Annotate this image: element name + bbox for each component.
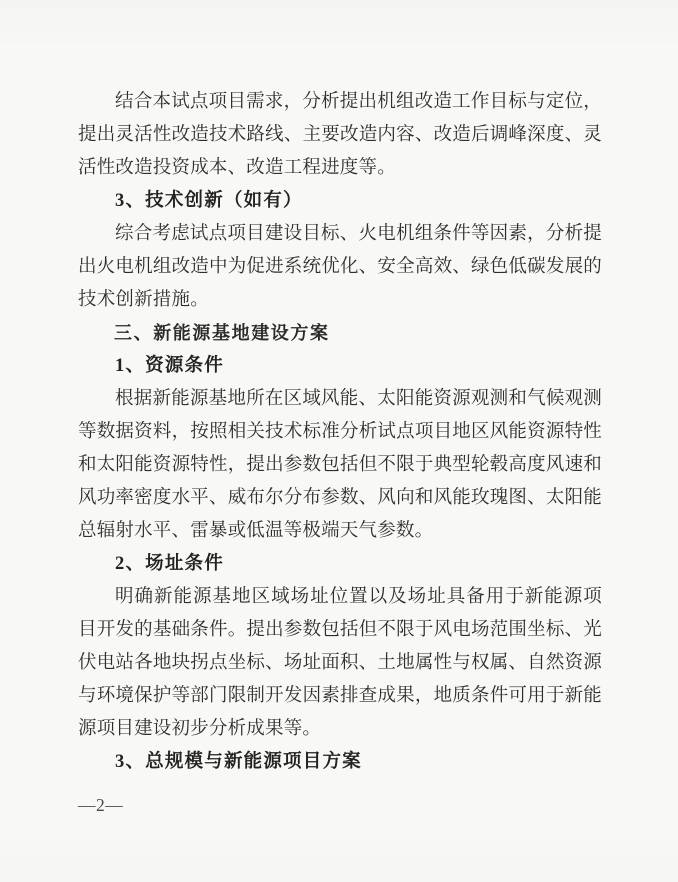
paragraph-line: 伏电站各地块拐点坐标、场址面积、土地属性与权属、自然资源 xyxy=(78,647,602,680)
paragraph-line: 目开发的基础条件。提出参数包括但不限于风电场范围坐标、光 xyxy=(78,614,602,647)
paragraph-line: 风功率密度水平、威布尔分布参数、风向和风能玫瑰图、太阳能 xyxy=(78,482,602,515)
paragraph-line: 根据新能源基地所在区域风能、太阳能资源观测和气候观测 xyxy=(78,383,602,416)
heading-new-energy-base-plan: 三、新能源基地建设方案 xyxy=(78,317,602,350)
heading-site-conditions: 2、场址条件 xyxy=(78,548,602,581)
paragraph-line: 综合考虑试点项目建设目标、火电机组条件等因素，分析提 xyxy=(78,218,602,251)
paragraph-line: 出火电机组改造中为促进系统优化、安全高效、绿色低碳发展的 xyxy=(78,251,602,284)
paragraph-line: 明确新能源基地区域场址位置以及场址具备用于新能源项 xyxy=(78,581,602,614)
paragraph-line: 提出灵活性改造技术路线、主要改造内容、改造后调峰深度、灵 xyxy=(78,119,602,152)
document-page: 结合本试点项目需求，分析提出机组改造工作目标与定位， 提出灵活性改造技术路线、主… xyxy=(0,0,678,882)
paragraph-line: 与环境保护等部门限制开发因素排查成果，地质条件可用于新能 xyxy=(78,680,602,713)
paragraph-line: 等数据资料，按照相关技术标准分析试点项目地区风能资源特性 xyxy=(78,416,602,449)
page-number: —2— xyxy=(78,793,602,817)
paragraph-line: 技术创新措施。 xyxy=(78,284,602,317)
paragraph-line: 结合本试点项目需求，分析提出机组改造工作目标与定位， xyxy=(78,86,602,119)
paragraph-line: 和太阳能资源特性，提出参数包括但不限于典型轮毂高度风速和 xyxy=(78,449,602,482)
paragraph-line: 源项目建设初步分析成果等。 xyxy=(78,713,602,746)
heading-tech-innovation: 3、技术创新（如有） xyxy=(78,185,602,218)
heading-total-scale-projects: 3、总规模与新能源项目方案 xyxy=(78,746,602,779)
paragraph-line: 活性改造投资成本、改造工程进度等。 xyxy=(78,152,602,185)
heading-resource-conditions: 1、资源条件 xyxy=(78,350,602,383)
paragraph-line: 总辐射水平、雷暴或低温等极端天气参数。 xyxy=(78,515,602,548)
document-text-block: 结合本试点项目需求，分析提出机组改造工作目标与定位， 提出灵活性改造技术路线、主… xyxy=(78,86,602,817)
